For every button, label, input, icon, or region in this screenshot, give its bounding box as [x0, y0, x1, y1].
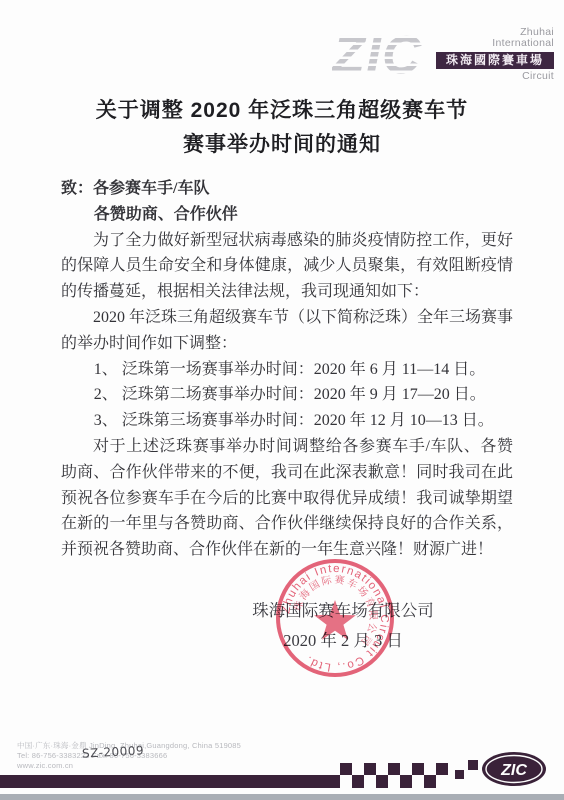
- letter-page: ZIC Zhuhai International 珠海國際賽車場 Circuit…: [0, 0, 564, 800]
- notice-title: 关于调整 2020 年泛珠三角超级赛车节 赛事举办时间的通知: [0, 94, 564, 162]
- brand-cn-bar: 珠海國際賽車場: [436, 52, 554, 69]
- notice-title-line1: 关于调整 2020 年泛珠三角超级赛车节: [0, 94, 564, 128]
- brand-international: International: [436, 38, 554, 49]
- notice-title-line2: 赛事举办时间的通知: [0, 128, 564, 162]
- schedule-item-1: 1、 泛珠第一场赛事举办时间：2020 年 6 月 11—14 日。: [61, 357, 513, 383]
- svg-text:ZIC: ZIC: [332, 25, 422, 82]
- scan-edge: [0, 794, 564, 800]
- letter-body: 致：各参赛车手/车队 各赞助商、合作伙伴 为了全力做好新型冠状病毒感染的肺炎疫情…: [61, 176, 513, 563]
- svg-text:ZIC: ZIC: [500, 762, 527, 779]
- seal-star-icon: [314, 600, 356, 640]
- paragraph-2: 2020 年泛珠三角超级赛车节（以下简称泛珠）全年三场赛事的举办时间作如下调整：: [61, 305, 513, 357]
- recipient-line2: 各赞助商、合作伙伴: [61, 202, 513, 228]
- zic-oval-badge-icon: ZIC: [482, 752, 546, 786]
- zic-logo: ZIC: [332, 24, 434, 87]
- recipient-line1: 致：各参赛车手/车队: [61, 176, 513, 202]
- zic-logo-icon: ZIC: [332, 24, 434, 82]
- paragraph-3: 对于上述泛珠赛事举办时间调整给各参赛车手/车队、各赞助商、合作伙伴带来的不便，我…: [61, 434, 513, 563]
- brand-circuit: Circuit: [436, 71, 554, 82]
- footer-strip: ZIC: [0, 752, 564, 794]
- brand-block: Zhuhai International 珠海國際賽車場 Circuit: [436, 27, 554, 82]
- paragraph-1: 为了全力做好新型冠状病毒感染的肺炎疫情防控工作，更好的保障人员生命安全和身体健康…: [61, 228, 513, 305]
- schedule-item-2: 2、 泛珠第二场赛事举办时间：2020 年 9 月 17—20 日。: [61, 382, 513, 408]
- schedule-item-3: 3、 泛珠第三场赛事举办时间：2020 年 12 月 10—13 日。: [61, 408, 513, 434]
- company-seal-icon: Zhuhai International Circuit Co., Ltd. 珠…: [268, 551, 402, 685]
